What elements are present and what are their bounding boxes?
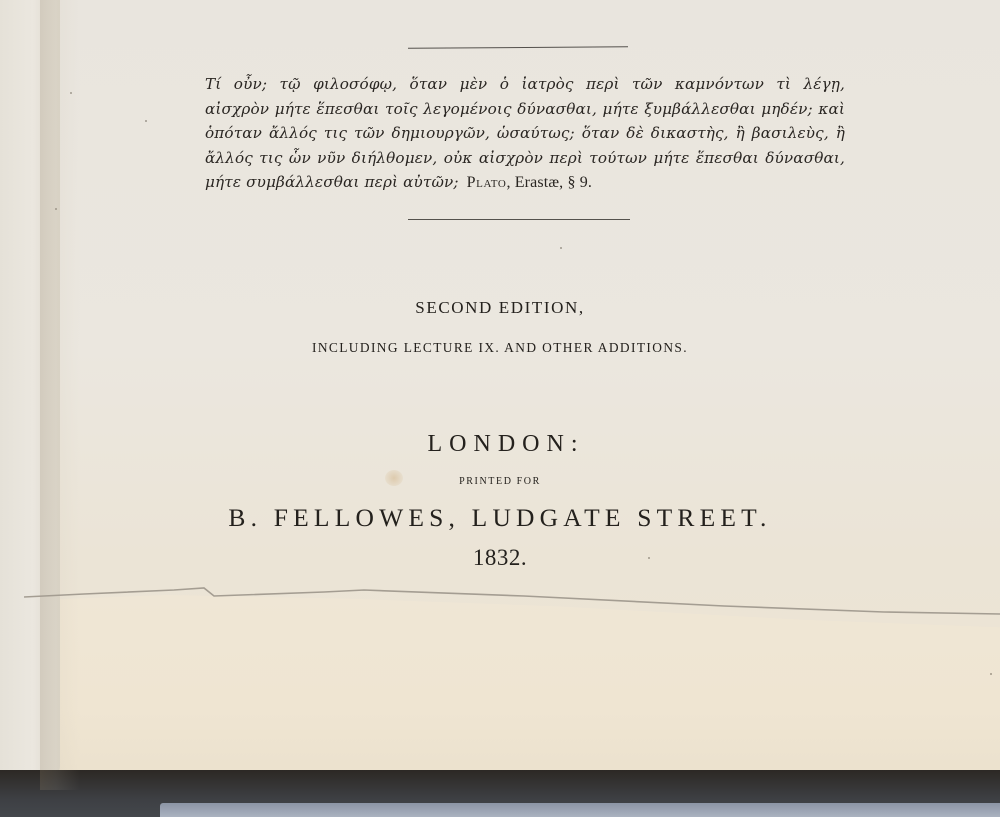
citation-work: , Erastæ, § 9. xyxy=(506,174,592,191)
bottom-divider-rule xyxy=(408,219,630,220)
edition-note: INCLUDING LECTURE IX. AND OTHER ADDITION… xyxy=(0,340,1000,356)
imprint-year: 1832. xyxy=(0,545,1000,571)
epigraph-line: αἰσχρὸν μήτε ἕπεσθαι τοῖς λεγομένοις δύν… xyxy=(205,97,845,122)
paper-fleck xyxy=(55,208,57,210)
citation-author: Plato xyxy=(467,174,507,191)
edition-heading: SECOND EDITION, xyxy=(0,298,1000,318)
imprint-city: LONDON: xyxy=(0,431,1000,458)
greek-epigraph: Τί οὖν; τῷ φιλοσόφῳ, ὅταν μὲν ὁ ἰατρὸς π… xyxy=(205,72,845,196)
epigraph-line: Τί οὖν; τῷ φιλοσόφῳ, ὅταν μὲν ὁ ἰατρὸς π… xyxy=(205,72,845,97)
paper-fleck xyxy=(648,557,650,559)
paper-fleck xyxy=(560,247,562,249)
paper-fleck xyxy=(145,120,147,122)
epigraph-line: μήτε συμβάλλεσθαι περὶ αὐτῶν; xyxy=(205,173,459,191)
folded-lower-leaf xyxy=(20,595,1000,785)
epigraph-last-line: μήτε συμβάλλεσθαι περὶ αὐτῶν;Plato, Eras… xyxy=(205,170,845,196)
epigraph-line: ἄλλός τις ὧν νῦν διήλθομεν, οὐκ αἰσχρὸν … xyxy=(205,146,845,171)
epigraph-line: ὁπόταν ἄλλός τις τῶν δημιουργῶν, ὡσαύτως… xyxy=(205,121,845,146)
foxing-stain xyxy=(385,470,403,486)
leaf-fold-edge xyxy=(24,582,1000,622)
paper-fleck xyxy=(990,673,992,675)
book-stand xyxy=(160,803,1000,817)
imprint-publisher: B. FELLOWES, LUDGATE STREET. xyxy=(0,503,1000,533)
photo-scene: Τί οὖν; τῷ φιλοσόφῳ, ὅταν μὲν ὁ ἰατρὸς π… xyxy=(0,0,1000,817)
facing-page xyxy=(0,0,60,780)
epigraph-citation: Plato, Erastæ, § 9. xyxy=(467,174,592,191)
imprint-printed-for: PRINTED FOR xyxy=(0,476,1000,487)
paper-fleck xyxy=(70,92,72,94)
